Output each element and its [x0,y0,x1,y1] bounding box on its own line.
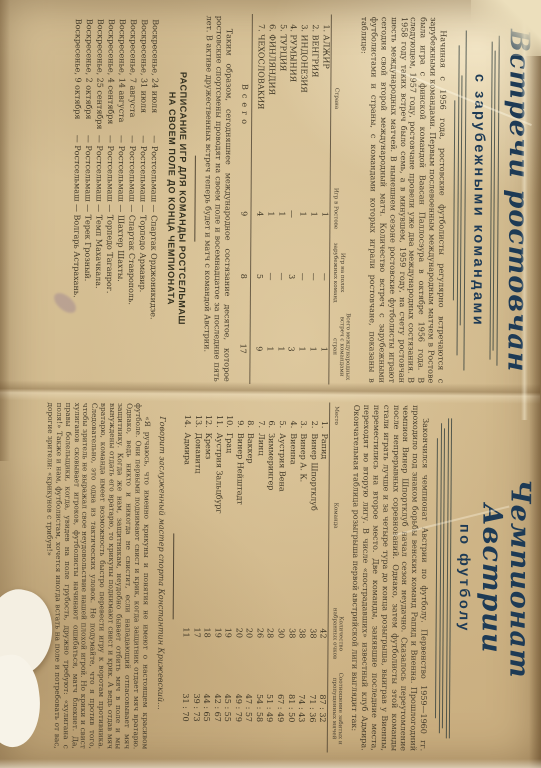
table-cell: Донавитц [191,433,203,602]
table-cell: Воскресенье, 7 августа [127,13,139,135]
table-cell: — Ростсельмаш — Волгарь Астрахань. [70,135,83,383]
column-header: Игр в Ростове [332,183,339,235]
table-cell: 71 : 36 [306,664,317,752]
left-title-script: Встречи ростовчан [502,16,533,386]
table-cell: 1 [296,314,307,385]
left-title-bold: с зарубежными командами [469,16,488,386]
table-cell: 3. ИНДОНЕЗИЯ [297,14,309,188]
table-cell: 1 [274,314,285,385]
schedule-list: Воскресенье, 24 июля— Ростсельмаш — Спар… [70,13,161,384]
table-cell: 9. [234,402,245,433]
column-header: Место [332,403,339,429]
table-cell: 54 : 58 [253,664,264,752]
table-cell: Воскресенье, 4 сентября [105,13,117,135]
table-cell: 14. [182,401,193,432]
column-header: Соотношение забитых и пропущенных мячей [330,665,343,753]
right-title-script: Чемпионат Австрии [475,404,534,754]
table-cell: 17 [190,602,201,664]
table-cell: 7. ЧЕХОСЛОВАКИЯ [254,14,266,188]
table-cell: 51 : 49 [264,664,275,752]
table-cell: — Ростсельмаш — Спартак Орджоникидзе. [147,135,160,383]
table-cell: 1 [297,189,308,240]
table-cell: Рапид [317,433,329,602]
table-cell: 74 : 43 [295,664,306,752]
table-cell: Зиммерингер [265,433,277,602]
countries-table-header: Страна Игр в Ростове Игр на полях зарубе… [328,15,353,385]
table-cell: 19 [222,602,233,664]
table-cell: 4 [253,188,264,239]
table-cell: — Ростсельмаш — Спартак Ставрополь. [125,135,138,383]
table-cell: 5. ТУРЦИЯ [275,14,287,188]
table-cell: 7. [255,402,266,433]
table-cell: 12. [203,402,214,433]
table-cell: Воскресенье, 9 октября [72,13,84,135]
total-value: 8 [239,239,249,313]
table-cell: 87 : 32 [316,664,327,752]
table-cell: 45 : 55 [221,664,232,752]
table-cell: 42 [317,602,328,664]
table-cell: 11. [213,402,224,433]
scanned-football-program: Встречи ростовчан с зарубежными командам… [0,0,541,768]
table-cell: 42 : 67 [211,664,222,752]
table-cell: 4. [287,402,298,433]
table-cell: 20 [243,602,254,664]
table-cell: Аустрия Вена [275,433,287,602]
decorative-rule-group [489,36,499,366]
right-title-block: Чемпионат Австрии по футболу [435,403,534,754]
table-cell: 81 : 50 [285,664,296,752]
table-cell: 1 [264,188,275,239]
column-header: Команда [331,429,339,603]
table-cell: 8. [245,402,256,433]
table-cell: 13. [192,402,203,433]
table-cell: 6. ФИНЛЯНДИЯ [265,14,277,188]
table-cell: 67 : 49 [274,664,285,752]
table-cell: — Ростсельмаш — Терек Грозный. [81,135,94,383]
table-cell: 3 [285,239,296,313]
table-cell: 44 : 65 [200,664,211,752]
table-cell: 49 : 79 [232,664,243,752]
table-cell: Воскресенье, 2 октября [83,13,95,135]
table-cell: 38 [285,602,296,664]
standings-table-header: Место Команда Количество набранных очков… [327,403,345,753]
table-cell: 1 [263,314,274,385]
table-cell: — [275,239,286,313]
table-cell: Воскресенье, 14 августа [116,13,128,135]
table-cell: Винер Шпортклуб [307,433,319,602]
standings-table-body: 1.Рапид4287 : 322.Винер Шпортклуб3871 : … [179,401,329,752]
countries-table-body: 1. АЛЖИР1—12. ВЕНГРИЯ1—13. ИНДОНЕЗИЯ1—14… [252,14,330,385]
table-cell: 10. [224,402,235,433]
table-cell: Ваккер [244,433,256,602]
table-cell: — [296,240,307,314]
right-title-bold: по футболу [455,403,473,753]
table-cell: 26 [254,602,265,664]
table-cell: 28 [264,602,275,664]
table-cell: 38 [306,602,317,664]
table-cell: Грац [223,433,235,602]
table-cell: 31 : 70 [179,663,190,751]
austria-standings-table: Место Команда Количество набранных очков… [179,401,345,752]
table-cell: 4. РУМЫНИЯ [286,14,298,188]
schedule-title: РАСПИСАНИЕ ИГР ДЛЯ КОМАНДЫ РОСТСЕЛЬМАШ Н… [163,13,189,383]
table-cell: Воскресенье, 25 сентября [94,13,106,135]
table-cell: 47 : 57 [243,664,254,752]
rotated-page-spread: Встречи ростовчан с зарубежными командам… [0,0,541,768]
table-cell: Адмира [180,432,192,601]
decorative-rule-group [435,418,452,738]
section-divider [172,533,174,619]
table-cell: — Ростсельмаш — Шахтер Шахты. [114,135,127,383]
countries-total-row: Всего 9 8 17 [238,14,253,384]
left-summary-paragraph: Таким образом, сегодняшнее международное… [202,16,234,382]
table-cell: 11 [180,601,191,663]
table-cell: 20 [233,602,244,664]
table-cell: Воскресенье, 31 июля [138,13,150,135]
table-cell: 1 [317,314,328,385]
decorative-rule-group [453,30,467,370]
right-intro-paragraph: Закончился чемпионат Австрии по футболу.… [349,405,431,752]
column-header: Страна [332,15,340,183]
table-cell: 38 [296,602,307,664]
table-cell: 1 [306,314,317,385]
table-cell: 5. [276,402,287,433]
table-cell: — Ростсельмаш — Темп Махачкала. [92,135,105,383]
total-label: Всего [240,14,250,188]
column-header: Всего международных встреч с командами с… [331,311,351,383]
table-cell: 30 [275,602,286,664]
table-cell: Аустрия Зальцбург [212,433,224,602]
table-cell: 1. [319,402,330,433]
left-title-block: Встречи ростовчан с зарубежными командам… [452,15,532,386]
table-cell: 19 [212,602,223,664]
quote-paragraph: «Я ручаюсь, что именно крикуны и понятия… [43,403,150,750]
table-cell: Винер Нейштадт [233,433,245,602]
table-cell: Винер А. К. [296,433,308,602]
table-cell: — Ростсельмаш — Торпедо Армавир. [136,135,149,383]
table-cell: 1. АЛЖИР [319,14,331,188]
table-cell: — Ростсельмаш — Торпедо Таганрог. [103,135,116,383]
table-cell: Кремз [201,433,213,602]
page-left-article: Встречи ростовчан с зарубежными командам… [8,12,533,386]
table-cell: Линц [254,433,266,602]
table-cell: 1 [318,189,329,240]
table-cell: — [307,240,318,314]
table-cell: 3. [298,402,309,433]
table-cell: 39 : 73 [190,664,201,752]
table-cell: — [264,239,275,313]
table-cell: Воскресенье, 24 июля [149,13,161,135]
table-cell: — [318,240,329,314]
left-intro-paragraph: Начиная с 1956 года, ростовские футболис… [356,17,448,384]
table-cell: 3 [285,314,296,385]
countries-table: Страна Игр в Ростове Игр на полях зарубе… [238,14,352,385]
table-cell: — [286,189,297,240]
section-divider [195,156,197,242]
table-cell: Виенна [286,433,298,602]
table-cell: 18 [201,602,212,664]
table-cell: 5 [253,239,264,313]
table-cell: 2. [308,402,319,433]
table-cell: 1 [275,188,286,239]
total-value: 9 [239,188,248,239]
column-header: Игр на полях зарубежных команд [332,235,345,311]
table-cell: 1 [307,189,318,240]
table-cell: 2. ВЕНГРИЯ [308,14,320,188]
table-cell: 9 [252,314,263,385]
column-header: Количество набранных очков [331,603,344,665]
total-value: 17 [238,313,247,383]
quote-attribution: Говорит заслуженный мастер спорта Конста… [155,403,166,749]
page-right-article: Чемпионат Австрии по футболу Закончился … [2,400,534,754]
table-cell: 6. [266,402,277,433]
